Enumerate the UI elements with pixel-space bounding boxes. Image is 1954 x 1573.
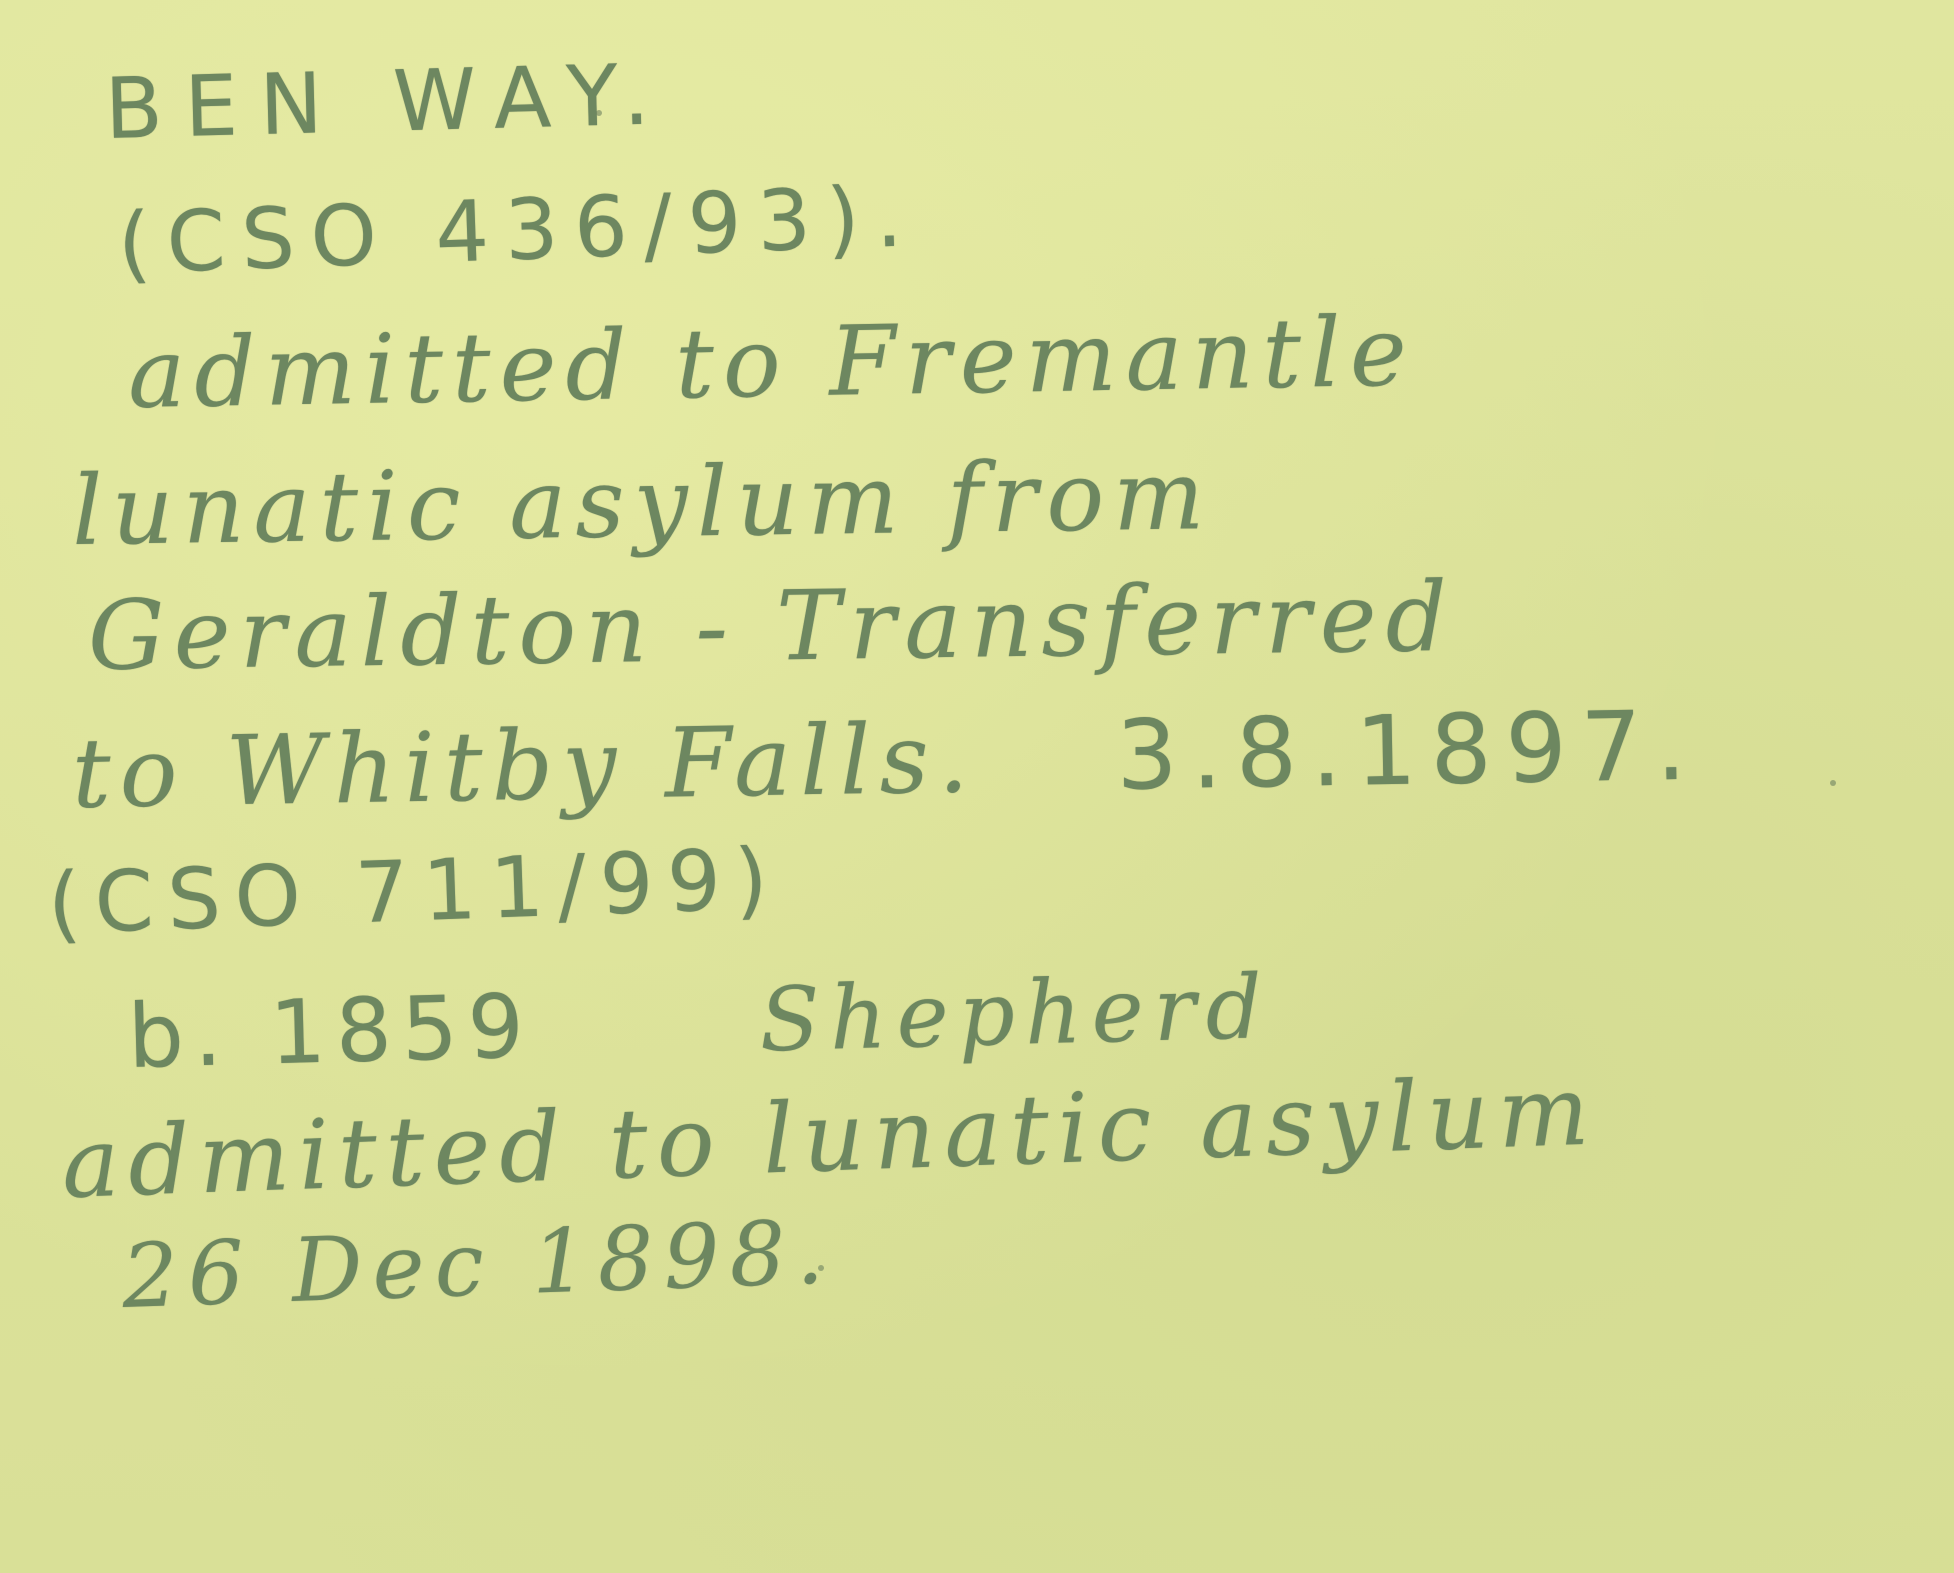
spacer [572,1051,722,1055]
entry-1-line-2: lunatic asylum from [71,439,1214,567]
spacer [1017,789,1077,790]
occupation: Shepherd [758,955,1273,1071]
entry-1-line-3: Geraldton - Transferred [87,561,1457,692]
entry-1-line-4: to Whitby Falls. 3.8.1897. [71,690,1701,830]
ink-dot [596,110,602,116]
birth-year: b. 1859 [127,974,535,1088]
person-name: BEN WAY. [104,45,673,158]
ink-dot [818,1265,824,1271]
transfer-destination: to Whitby Falls. [71,702,978,830]
transfer-date: 3.8.1897. [1115,690,1701,812]
admission-date: 26 Dec 1898. [120,1200,835,1328]
cso-reference-1: (CSO 436/93). [116,167,919,293]
cso-reference-2: (CSO 711/99) [46,829,783,953]
index-card: BEN WAY. (CSO 436/93). admitted to Frema… [0,0,1954,1573]
entry-1-line-1: admitted to Fremantle [127,296,1417,430]
ink-dot [1830,780,1836,786]
entry-2-line-1: b. 1859 Shepherd [127,955,1274,1088]
